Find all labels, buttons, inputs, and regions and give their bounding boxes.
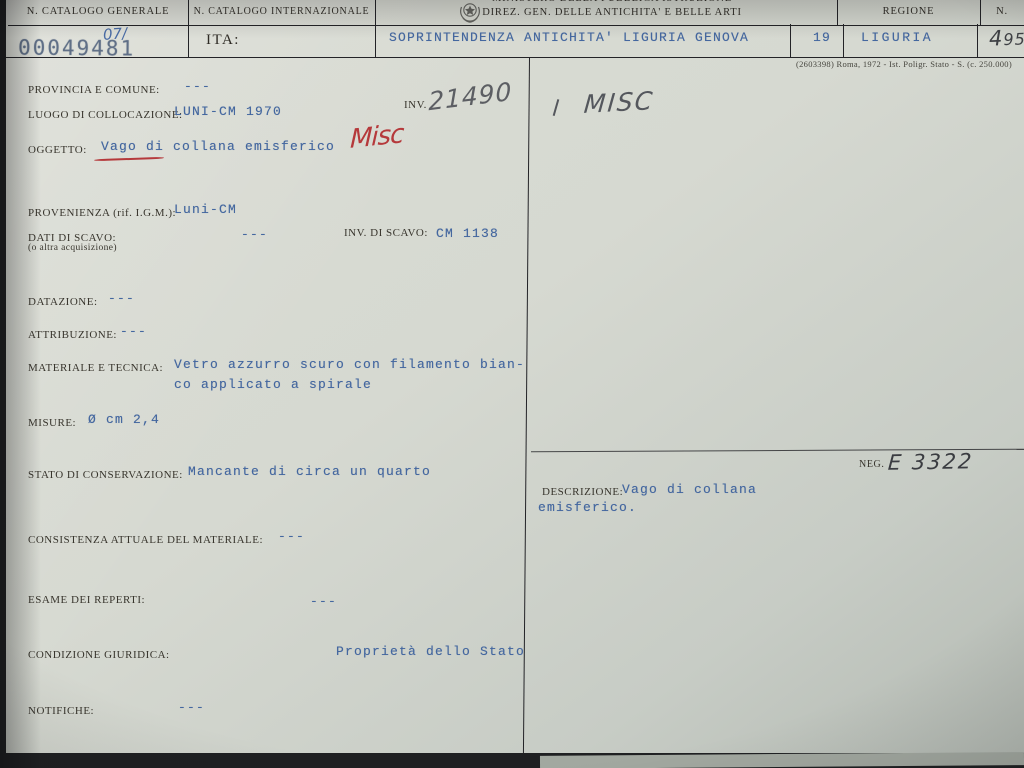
field-value: --- bbox=[120, 324, 147, 339]
red-ink-underline bbox=[94, 157, 164, 162]
field-value: Vago di collana emisferico bbox=[101, 139, 335, 154]
region-code-value: 19 bbox=[796, 30, 848, 45]
field-label: PROVINCIA E COMUNE: bbox=[28, 84, 160, 96]
field-label: ESAME DEI REPERTI: bbox=[28, 594, 145, 606]
field-label: CONSISTENZA ATTUALE DEL MATERIALE: bbox=[28, 534, 263, 546]
inv-label: INV. bbox=[404, 99, 427, 111]
field-luogo-di-collocazione: LUOGO DI COLLOCAZIONE: LUNI-CM 1970 bbox=[28, 105, 183, 123]
header-vline bbox=[375, 24, 376, 57]
field-label: LUOGO DI COLLOCAZIONE: bbox=[28, 109, 183, 121]
field-label: ATTRIBUZIONE: bbox=[28, 329, 117, 341]
field-provenienza: PROVENIENZA (rif. I.G.M.): Luni-CM bbox=[28, 203, 176, 221]
field-notifiche: NOTIFICHE: --- bbox=[28, 701, 94, 719]
header-vline bbox=[977, 24, 978, 57]
header-vline bbox=[790, 24, 791, 57]
ministry-title-line2: DIREZ. GEN. DELLE ANTICHITA' E BELLE ART… bbox=[381, 7, 843, 18]
field-value: Proprietà dello Stato bbox=[336, 644, 525, 659]
handwritten-misc-note: MISC bbox=[583, 86, 656, 119]
field-label: MATERIALE E TECNICA: bbox=[28, 362, 163, 374]
field-label: MISURE: bbox=[28, 417, 76, 429]
field-oggetto: OGGETTO: Vago di collana emisferico bbox=[28, 140, 87, 158]
header-vline bbox=[375, 0, 376, 25]
descrizione-value-line2: emisferico. bbox=[538, 500, 637, 515]
field-label: OGGETTO: bbox=[28, 144, 87, 156]
field-label: STATO DI CONSERVAZIONE: bbox=[28, 469, 183, 481]
header-vline bbox=[188, 24, 189, 57]
field-value-line2: co applicato a spirale bbox=[174, 377, 372, 392]
field-attribuzione: ATTRIBUZIONE: --- bbox=[28, 325, 117, 343]
col-header-catalogo-generale: N. CATALOGO GENERALE bbox=[8, 6, 188, 17]
field-misure: MISURE: Ø cm 2,4 bbox=[28, 413, 76, 431]
field-stato-di-conservazione: STATO DI CONSERVAZIONE: Mancante di circ… bbox=[28, 465, 183, 483]
field-condizione-giuridica: CONDIZIONE GIURIDICA: Proprietà dello St… bbox=[28, 645, 170, 663]
field-label: DATAZIONE: bbox=[28, 296, 98, 308]
neg-label: NEG. bbox=[859, 459, 884, 470]
pencil-tick-mark bbox=[553, 99, 559, 116]
col-header-regione: REGIONE bbox=[837, 6, 980, 17]
header-row1-divider bbox=[8, 25, 1024, 26]
ita-label: ITA: bbox=[206, 32, 240, 49]
region-name-value: LIGURIA bbox=[861, 30, 933, 45]
handwritten-prefix: 07/ bbox=[102, 24, 127, 44]
field-value: LUNI-CM 1970 bbox=[174, 104, 282, 119]
underlying-card-edge bbox=[540, 752, 1024, 768]
printer-imprint: (2603398) Roma, 1972 - Ist. Poligr. Stat… bbox=[796, 59, 1012, 69]
inv-di-scavo-label: INV. DI SCAVO: bbox=[344, 227, 428, 239]
soprintendenza-value: SOPRINTENDENZA ANTICHITA' LIGURIA GENOVA bbox=[389, 30, 749, 45]
catalog-card: N. CATALOGO GENERALE N. CATALOGO INTERNA… bbox=[6, 0, 1024, 753]
field-consistenza-attuale: CONSISTENZA ATTUALE DEL MATERIALE: --- bbox=[28, 530, 263, 548]
handwritten-neg-number: E 3322 bbox=[887, 449, 974, 475]
field-label: CONDIZIONE GIURIDICA: bbox=[28, 649, 170, 661]
descrizione-value-line1: Vago di collana bbox=[622, 482, 757, 497]
scanned-catalog-card-photo: N. CATALOGO GENERALE N. CATALOGO INTERNA… bbox=[0, 0, 1024, 768]
field-sublabel: (o altra acquisizione) bbox=[28, 243, 117, 253]
red-ink-note: Misc bbox=[350, 119, 404, 155]
field-dati-di-scavo: DATI DI SCAVO: (o altra acquisizione) --… bbox=[28, 228, 116, 246]
field-materiale-e-tecnica: MATERIALE E TECNICA: Vetro azzurro scuro… bbox=[28, 358, 163, 376]
descrizione-label: DESCRIZIONE: bbox=[542, 486, 623, 498]
field-label: PROVENIENZA (rif. I.G.M.): bbox=[28, 207, 176, 219]
field-value: --- bbox=[108, 291, 135, 306]
handwritten-n-value: 495 bbox=[989, 25, 1024, 50]
field-value: --- bbox=[178, 700, 205, 715]
field-value: --- bbox=[184, 79, 211, 94]
col-header-catalogo-internazionale: N. CATALOGO INTERNAZIONALE bbox=[188, 6, 375, 17]
italian-republic-emblem-icon bbox=[455, 0, 485, 27]
field-datazione: DATAZIONE: --- bbox=[28, 292, 98, 310]
field-esame-dei-reperti: ESAME DEI REPERTI: --- bbox=[28, 590, 145, 608]
inv-di-scavo-value: CM 1138 bbox=[436, 226, 499, 241]
field-value: --- bbox=[278, 529, 305, 544]
field-value-line1: Vetro azzurro scuro con filamento bian- bbox=[174, 357, 525, 372]
handwritten-inv-number: 21490 bbox=[428, 77, 512, 116]
field-value: Luni-CM bbox=[174, 202, 237, 217]
field-label: NOTIFICHE: bbox=[28, 705, 94, 717]
field-value: Ø cm 2,4 bbox=[88, 412, 160, 427]
field-value: --- bbox=[241, 227, 268, 242]
field-value: --- bbox=[310, 594, 337, 609]
field-provincia-e-comune: PROVINCIA E COMUNE: --- bbox=[28, 80, 160, 98]
ministry-title-line1: MINISTERO DELLA PUBBLICA ISTRUZIONE bbox=[381, 0, 843, 4]
field-value: Mancante di circa un quarto bbox=[188, 464, 431, 479]
col-header-n: N. bbox=[980, 6, 1024, 17]
